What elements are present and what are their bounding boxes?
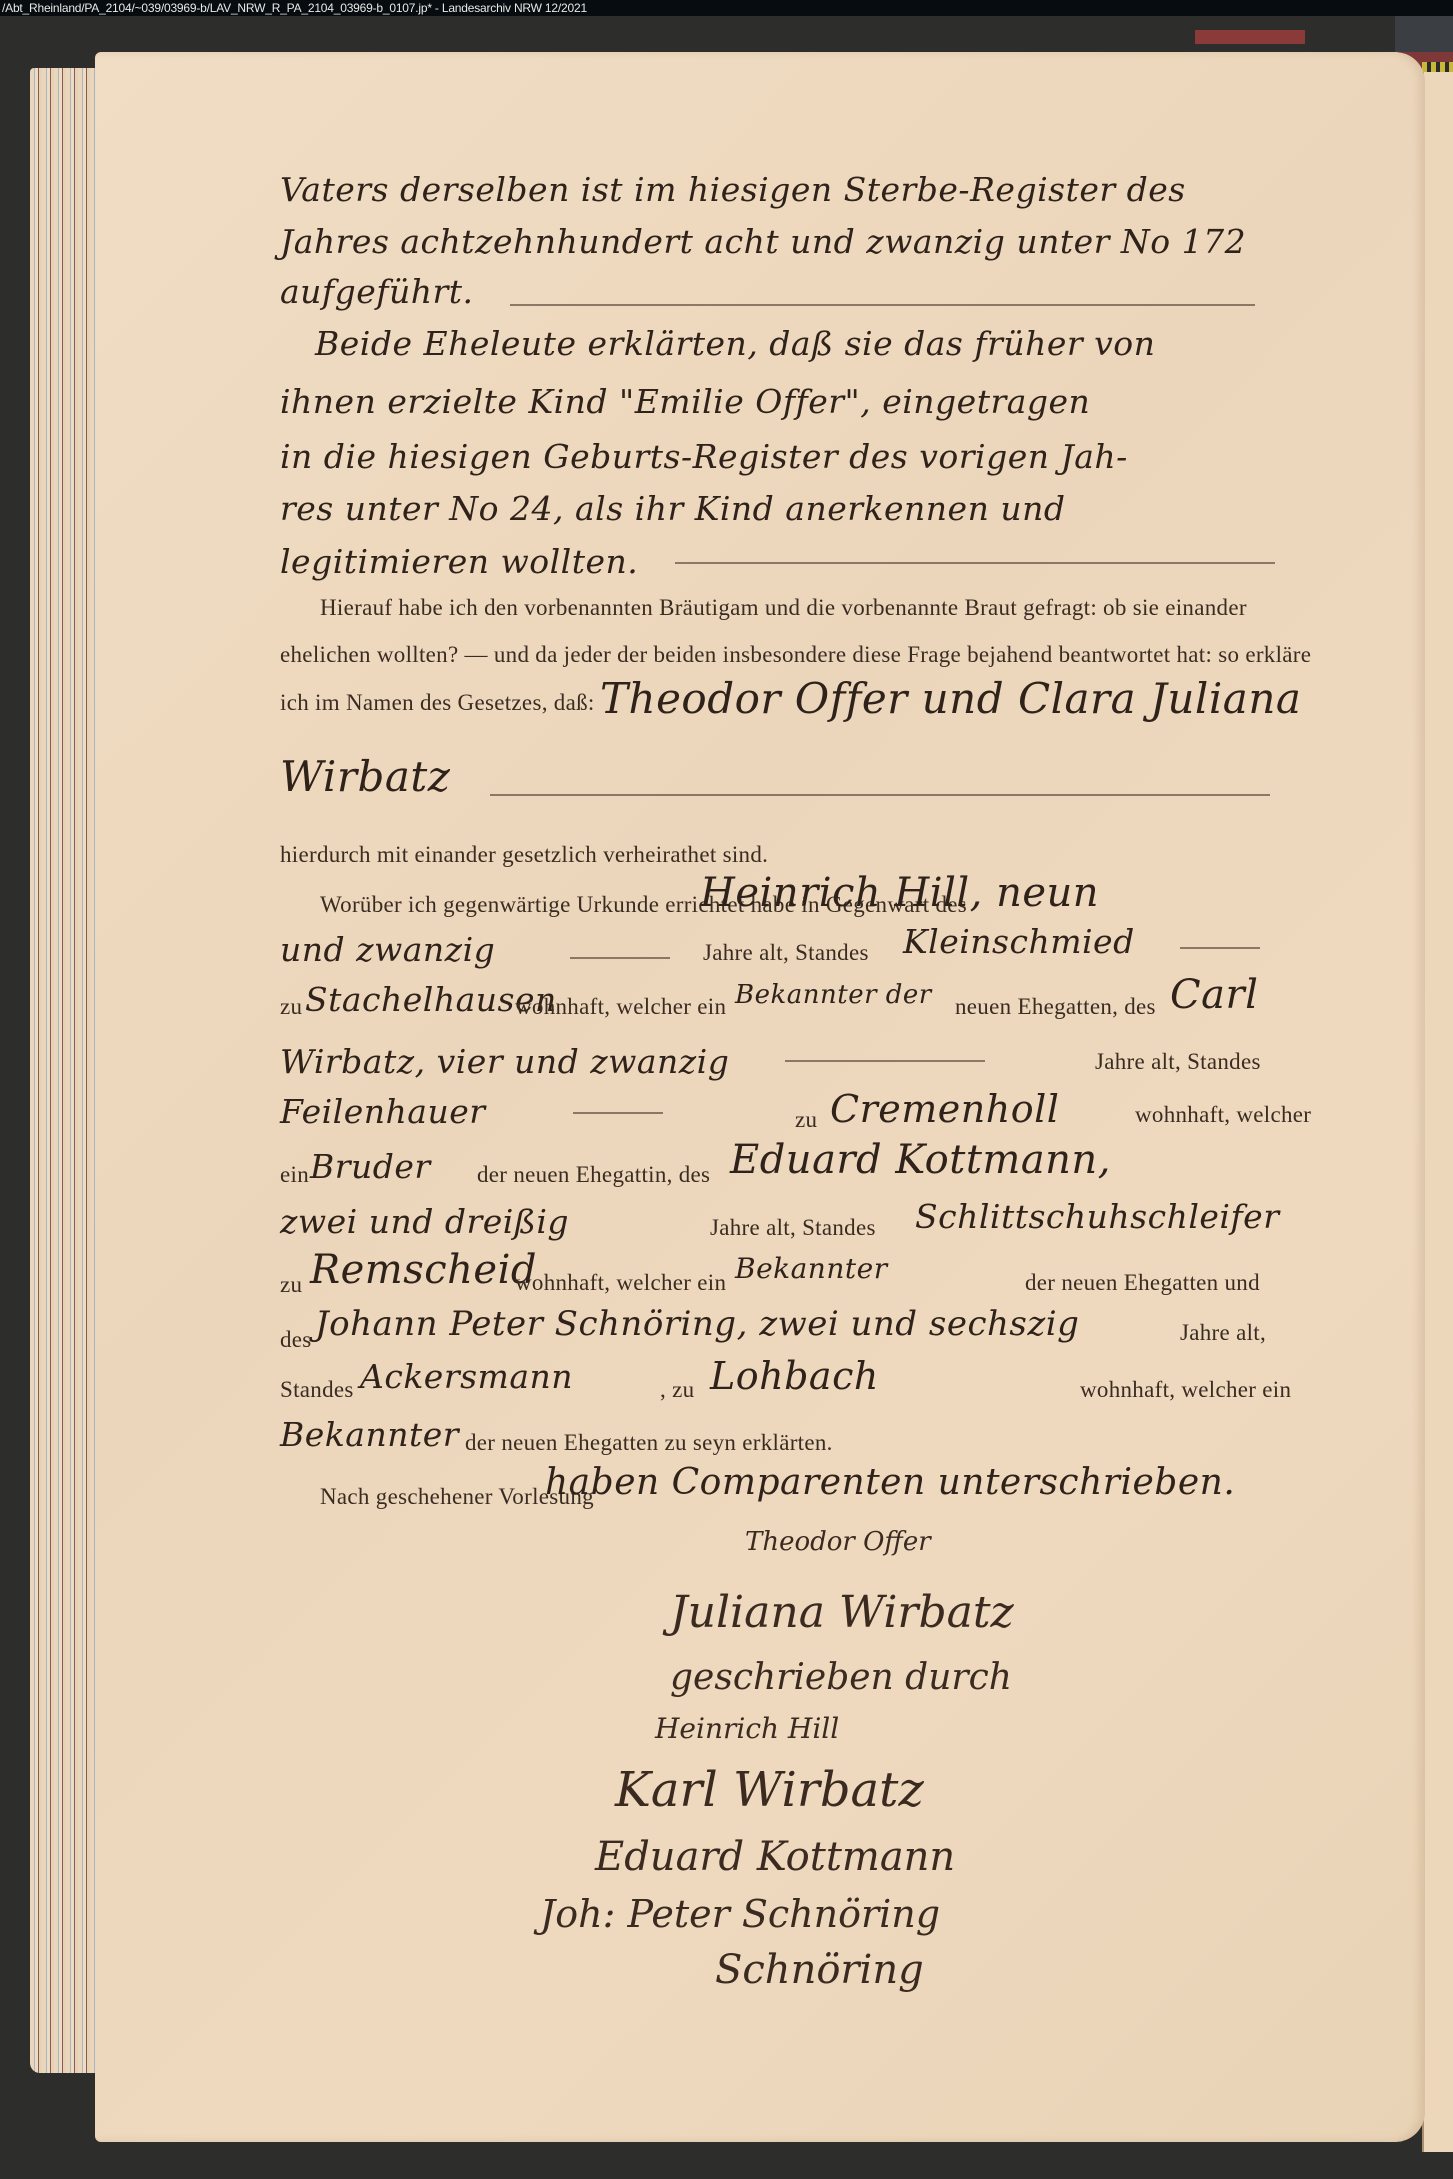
printed-line: hierdurch mit einander gesetzlich verhei… — [280, 842, 768, 868]
background-book-spine — [1395, 16, 1453, 56]
witness3-occupation: Schlittschuhschleifer — [915, 1197, 1279, 1236]
fill-line — [573, 1112, 663, 1114]
witness3-relation: Bekannter — [735, 1252, 888, 1285]
witness4-residence: Lohbach — [710, 1354, 879, 1398]
printed-label: wohnhaft, welcher — [1135, 1102, 1311, 1128]
printed-label: neuen Ehegatten, des — [955, 994, 1156, 1020]
document-page: Vaters derselben ist im hiesigen Sterbe-… — [95, 52, 1425, 2142]
handwritten-line: Vaters derselben ist im hiesigen Sterbe-… — [280, 170, 1186, 209]
printed-label: zu — [280, 994, 302, 1020]
handwritten-line: res unter No 24, als ihr Kind anerkennen… — [280, 489, 1065, 528]
printed-label: Jahre alt, Standes — [710, 1215, 876, 1241]
witness1-relation: Bekannter der — [735, 980, 932, 1010]
facing-page-edge — [1422, 72, 1453, 2152]
closing-statement: haben Comparenten unterschrieben. — [545, 1462, 1235, 1503]
printed-label: Jahre alt, — [1180, 1320, 1266, 1346]
printed-label: der neuen Ehegattin, des — [477, 1162, 710, 1188]
printed-label: wohnhaft, welcher ein — [1080, 1377, 1291, 1403]
window-title: /Abt_Rheinland/PA_2104/~039/03969-b/LAV_… — [0, 0, 1453, 16]
signature-witness1: Heinrich Hill — [655, 1712, 839, 1745]
printed-label: zu — [280, 1272, 302, 1298]
printed-label: zu — [795, 1107, 817, 1133]
witness1-name: Heinrich Hill, neun — [700, 870, 1099, 916]
printed-label: der neuen Ehegatten zu seyn erklärten. — [465, 1430, 833, 1456]
handwritten-line: ihnen erzielte Kind "Emilie Offer", eing… — [280, 382, 1090, 421]
witness2-relation: Bruder — [310, 1147, 431, 1186]
signature-groom: Theodor Offer — [745, 1527, 931, 1557]
printed-label: wohnhaft, welcher ein — [515, 1270, 726, 1296]
witness2-occupation: Feilenhauer — [280, 1092, 486, 1131]
couple-names: Theodor Offer und Clara Juliana — [600, 674, 1301, 723]
printed-label: Standes — [280, 1377, 354, 1403]
witness2-name: Carl — [1170, 972, 1258, 1018]
witness3-residence: Remscheid — [310, 1247, 537, 1293]
fill-line — [785, 1060, 985, 1062]
fill-line — [675, 562, 1275, 564]
printed-line: ich im Namen des Gesetzes, daß: — [280, 690, 595, 716]
witness3-name: Eduard Kottmann, — [730, 1137, 1111, 1183]
fill-line — [1180, 947, 1260, 949]
witness1-occupation: Kleinschmied — [903, 922, 1135, 961]
signature-official: Schnöring — [715, 1947, 924, 1993]
signature-witness3: Eduard Kottmann — [595, 1834, 955, 1880]
printed-label: Jahre alt, Standes — [1095, 1049, 1261, 1075]
fill-line — [490, 794, 1270, 796]
handwritten-line: in die hiesigen Geburts-Register des vor… — [280, 437, 1128, 476]
witness2-residence: Cremenholl — [830, 1087, 1059, 1131]
printed-label: Jahre alt, Standes — [703, 940, 869, 966]
signature-witness2: Karl Wirbatz — [615, 1762, 924, 1818]
printed-label: ein — [280, 1162, 309, 1188]
couple-names-cont: Wirbatz — [280, 752, 450, 801]
witness2-name-age: Wirbatz, vier und zwanzig — [280, 1042, 729, 1081]
handwritten-line: Jahres achtzehnhundert acht und zwanzig … — [280, 222, 1246, 261]
printed-label: , zu — [660, 1377, 694, 1403]
witness4-relation: Bekannter — [280, 1415, 459, 1454]
fill-line — [570, 957, 670, 959]
handwritten-line: aufgeführt. — [280, 272, 474, 311]
witness1-age: und zwanzig — [280, 930, 495, 969]
fill-line — [510, 304, 1255, 306]
background-red-cover — [1195, 30, 1305, 44]
printed-label: der neuen Ehegatten und — [1025, 1270, 1260, 1296]
printed-line: Hierauf habe ich den vorbenannten Bräuti… — [320, 595, 1247, 621]
witness4-name-age: Johann Peter Schnöring, zwei und sechszi… — [315, 1304, 1079, 1344]
handwritten-line: legitimieren wollten. — [280, 542, 638, 581]
signature-bride: Juliana Wirbatz — [670, 1587, 1014, 1638]
printed-line: ehelichen wollten? — und da jeder der be… — [280, 642, 1311, 668]
printed-label: des — [280, 1327, 312, 1353]
witness3-age: zwei und dreißig — [280, 1202, 569, 1241]
signature-bride-note: geschrieben durch — [670, 1657, 1012, 1698]
printed-label: wohnhaft, welcher ein — [515, 994, 726, 1020]
handwritten-line: Beide Eheleute erklärten, daß sie das fr… — [315, 324, 1155, 363]
witness4-occupation: Ackersmann — [360, 1357, 573, 1396]
signature-witness4: Joh: Peter Schnöring — [540, 1892, 940, 1936]
